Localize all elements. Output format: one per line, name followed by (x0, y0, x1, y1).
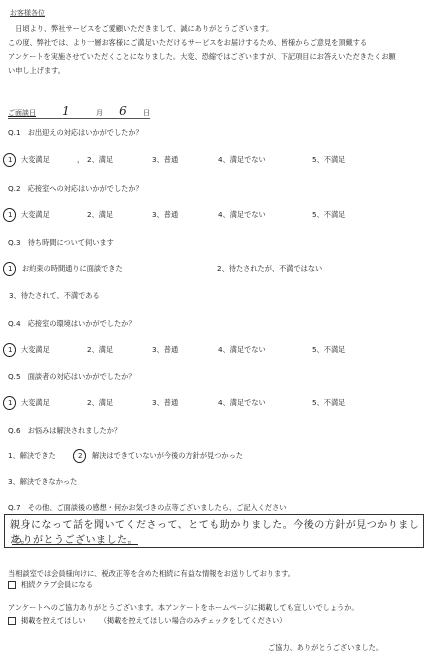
intro-line-1: 日頃より、弊社サービスをご愛顧いただきまして、誠にありがとうございます。 (8, 22, 273, 36)
q2-option-2[interactable]: 2、満足 (87, 210, 113, 220)
publish-checkbox-label: 掲載を控えてほしい (21, 616, 86, 625)
club-checkbox[interactable] (8, 581, 16, 589)
q1-option-5[interactable]: 5、不満足 (312, 155, 345, 165)
comment-line-2: ありがとうございました。 (12, 531, 138, 546)
q2-option-4[interactable]: 4、満足でない (218, 210, 266, 220)
q6-option-1[interactable]: 1、解決できた (8, 451, 56, 461)
q1-option-2[interactable]: 2、満足 (87, 155, 113, 165)
date-label: ご面談日 (8, 108, 36, 119)
q1-comma: ， (77, 155, 84, 165)
day-field[interactable]: 6 (103, 104, 143, 119)
q1-option-1[interactable]: 大変満足 (21, 155, 50, 165)
document-title: お客様各位 (10, 8, 45, 18)
q5-option-3[interactable]: 3、普通 (152, 398, 178, 408)
closing-thanks: ご協力、ありがとうございました。 (268, 643, 383, 653)
publish-question-text: アンケートへのご協力ありがとうございます。本アンケートをホームページに掲載しても… (8, 603, 359, 613)
q5-option-1[interactable]: 大変満足 (21, 398, 50, 408)
q4-option-1[interactable]: 大変満足 (21, 345, 50, 355)
question-6-label: Q.6 お悩みは解決されましたか？ (8, 426, 121, 436)
q3-option-3[interactable]: 3、待たされて、不満である (9, 291, 100, 301)
q6-option-2[interactable]: 解決はできていないが今後の方針が見つかった (92, 451, 243, 461)
club-checkbox-row[interactable]: 相続クラブ会員になる (8, 580, 93, 590)
q3-option-1-number[interactable]: 1 (8, 264, 13, 273)
q1-option-4[interactable]: 4、満足でない (218, 155, 266, 165)
intro-line-3: アンケートを実施させていただくことになりました。大変、恐縮ではございますが、下記… (8, 50, 396, 64)
publish-note: （掲載を控えてほしい場合のみチェックをしてください） (100, 616, 287, 625)
q5-option-2[interactable]: 2、満足 (87, 398, 113, 408)
month-label: 月 (96, 108, 103, 119)
q5-option-5[interactable]: 5、不満足 (312, 398, 345, 408)
q6-option-3[interactable]: 3、解決できなかった (8, 477, 77, 487)
club-info-text: 当相談室では会員様向けに、税改正等を含めた相続に有益な情報をお送りしております。 (8, 569, 295, 579)
q2-option-1[interactable]: 大変満足 (21, 210, 50, 220)
question-3-label: Q.3 待ち時間について伺います (8, 238, 114, 248)
q3-option-1[interactable]: お約束の時間通りに面談できた (22, 264, 123, 274)
publish-checkbox[interactable] (8, 617, 16, 625)
question-7-label: Q.7 その他、ご面談後の感想・何かお気づきの点等ございましたら、ご記入ください (8, 503, 286, 513)
question-5-label: Q.5 面談者の対応はいかがでしたか？ (8, 372, 136, 382)
day-label: 日 (143, 108, 150, 119)
q2-option-5[interactable]: 5、不満足 (312, 210, 345, 220)
question-4-label: Q.4 応接室の環境はいかがでしたか？ (8, 319, 136, 329)
q3-option-2[interactable]: 2、待たされたが、不満ではない (217, 264, 322, 274)
interview-date: ご面談日1月6日 (8, 104, 150, 119)
q2-option-3[interactable]: 3、普通 (152, 210, 178, 220)
intro-line-2: この度、弊社では、より一層お客様にご満足いただけるサービスをお届けするため、皆様… (8, 36, 367, 50)
q5-option-4[interactable]: 4、満足でない (218, 398, 266, 408)
q4-option-3[interactable]: 3、普通 (152, 345, 178, 355)
q1-option-3[interactable]: 3、普通 (152, 155, 178, 165)
q5-option-1-number[interactable]: 1 (8, 398, 13, 407)
q1-option-1-number[interactable]: 1 (8, 155, 13, 164)
question-1-label: Q.1 お出迎えの対応はいかがでしたか？ (8, 128, 143, 138)
q4-option-4[interactable]: 4、満足でない (218, 345, 266, 355)
q2-option-1-number[interactable]: 1 (8, 210, 13, 219)
publish-checkbox-row[interactable]: 掲載を控えてほしい（掲載を控えてほしい場合のみチェックをしてください） (8, 616, 286, 626)
q6-option-2-number[interactable]: 2 (78, 451, 83, 460)
q4-option-1-number[interactable]: 1 (8, 345, 13, 354)
q4-option-2[interactable]: 2、満足 (87, 345, 113, 355)
month-field[interactable]: 1 (36, 104, 96, 119)
question-2-label: Q.2 応接室への対応はいかがでしたか？ (8, 184, 143, 194)
q4-option-5[interactable]: 5、不満足 (312, 345, 345, 355)
intro-line-4: い申し上げます。 (8, 64, 65, 78)
club-checkbox-label: 相続クラブ会員になる (21, 580, 93, 589)
